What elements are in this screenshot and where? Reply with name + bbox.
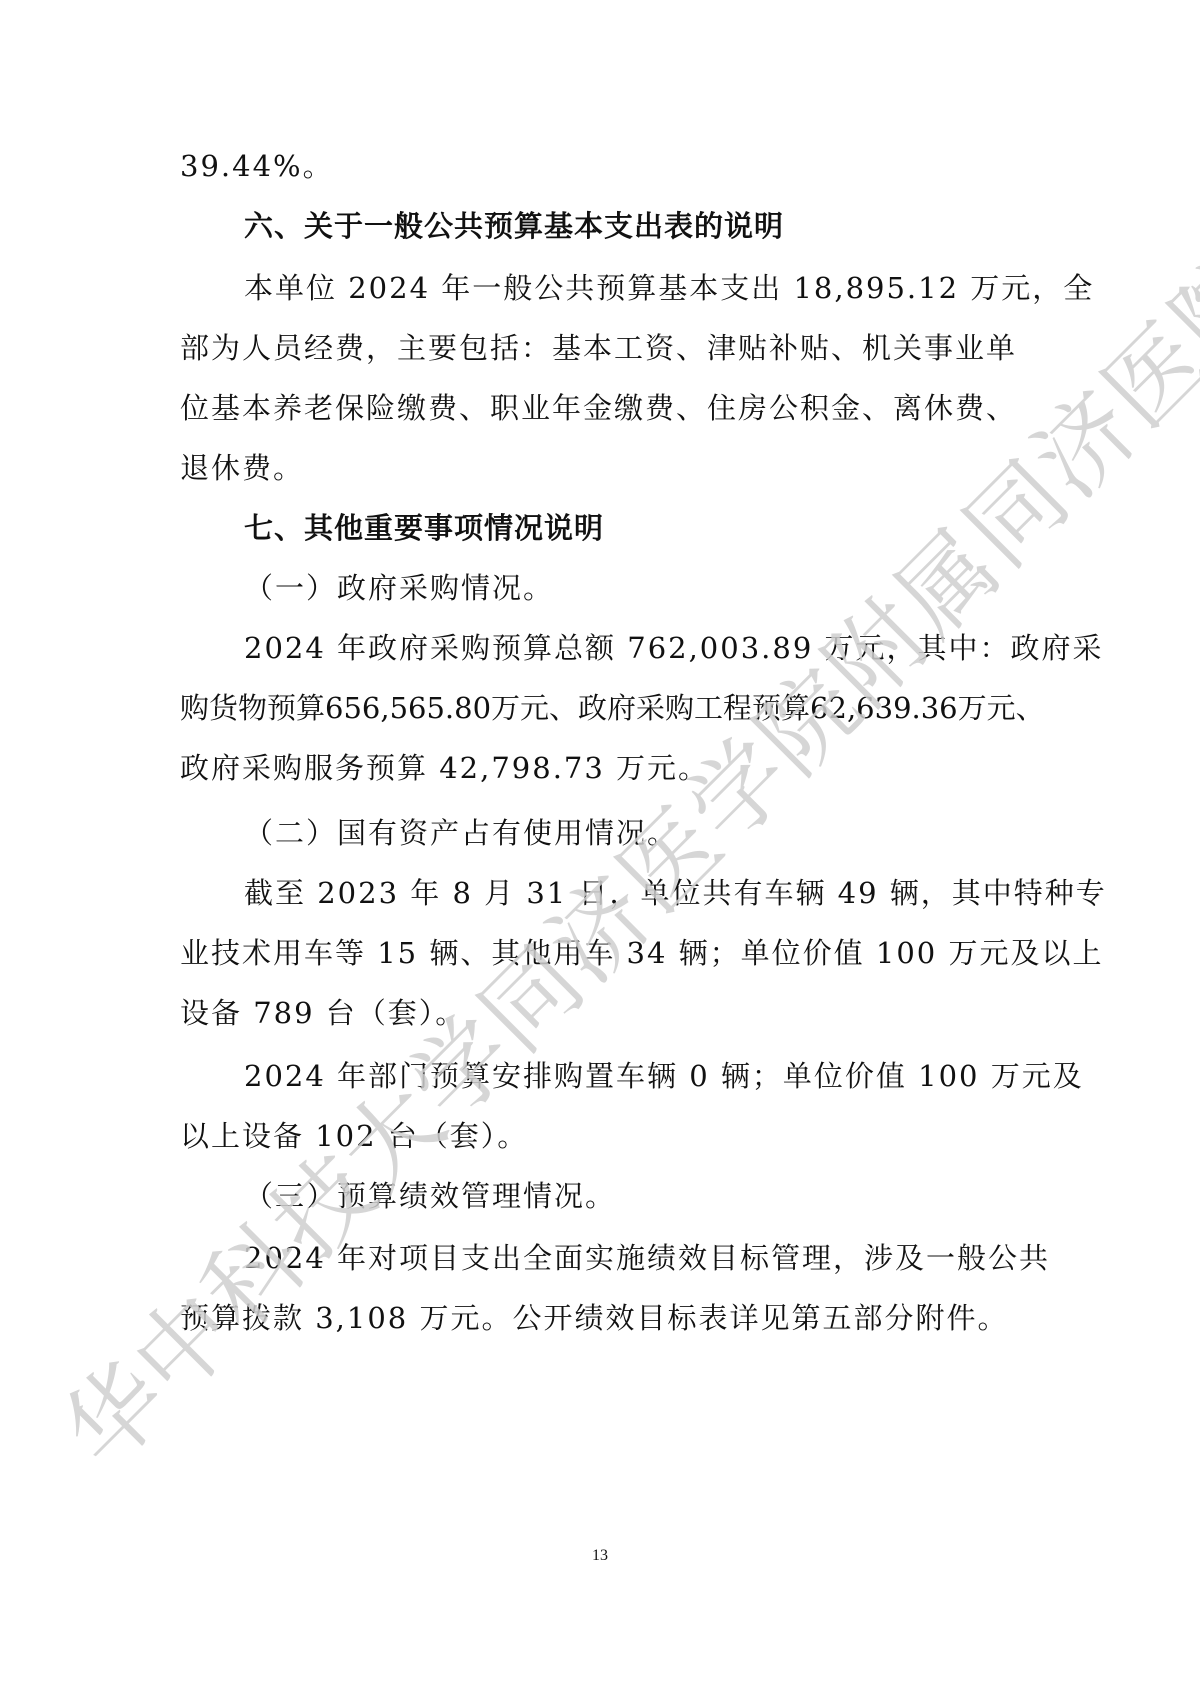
paragraph-line: 购货物预算656,565.80万元、政府采购工程预算62,639.36万元、 — [180, 690, 1045, 726]
paragraph-line: 本单位 2024 年一般公共预算基本支出 18,895.12 万元，全 — [244, 270, 1094, 306]
page-number: 13 — [0, 1547, 1200, 1565]
paragraph-line: 2024 年部门预算安排购置车辆 0 辆；单位价值 100 万元及 — [244, 1058, 1084, 1094]
subsection-heading-3: （三）预算绩效管理情况。 — [244, 1178, 616, 1214]
paragraph-line: 业技术用车等 15 辆、其他用车 34 辆；单位价值 100 万元及以上 — [180, 935, 1103, 971]
paragraph-line: 以上设备 102 台（套）。 — [180, 1118, 528, 1154]
section-heading-6: 六、关于一般公共预算基本支出表的说明 — [244, 208, 784, 244]
paragraph-continuation: 39.44%。 — [180, 148, 334, 184]
paragraph-line: 退休费。 — [180, 450, 304, 486]
paragraph-line: 2024 年政府采购预算总额 762,003.89 万元，其中：政府采 — [244, 630, 1104, 666]
paragraph-line: 位基本养老保险缴费、职业年金缴费、住房公积金、离休费、 — [180, 390, 1017, 426]
paragraph-line: 截至 2023 年 8 月 31 日，单位共有车辆 49 辆，其中特种专 — [244, 875, 1107, 911]
paragraph-line: 政府采购服务预算 42,798.73 万元。 — [180, 750, 709, 786]
paragraph-line: 2024 年对项目支出全面实施绩效目标管理，涉及一般公共 — [244, 1240, 1050, 1276]
paragraph-line: 预算拨款 3,108 万元。公开绩效目标表详见第五部分附件。 — [180, 1300, 1008, 1336]
document-page: 39.44%。 六、关于一般公共预算基本支出表的说明 本单位 2024 年一般公… — [0, 0, 1200, 1696]
subsection-heading-2: （二）国有资产占有使用情况。 — [244, 815, 678, 851]
section-heading-7: 七、其他重要事项情况说明 — [244, 510, 604, 546]
paragraph-line: 部为人员经费，主要包括：基本工资、津贴补贴、机关事业单 — [180, 330, 1017, 366]
subsection-heading-1: （一）政府采购情况。 — [244, 570, 554, 606]
paragraph-line: 设备 789 台（套）。 — [180, 995, 466, 1031]
